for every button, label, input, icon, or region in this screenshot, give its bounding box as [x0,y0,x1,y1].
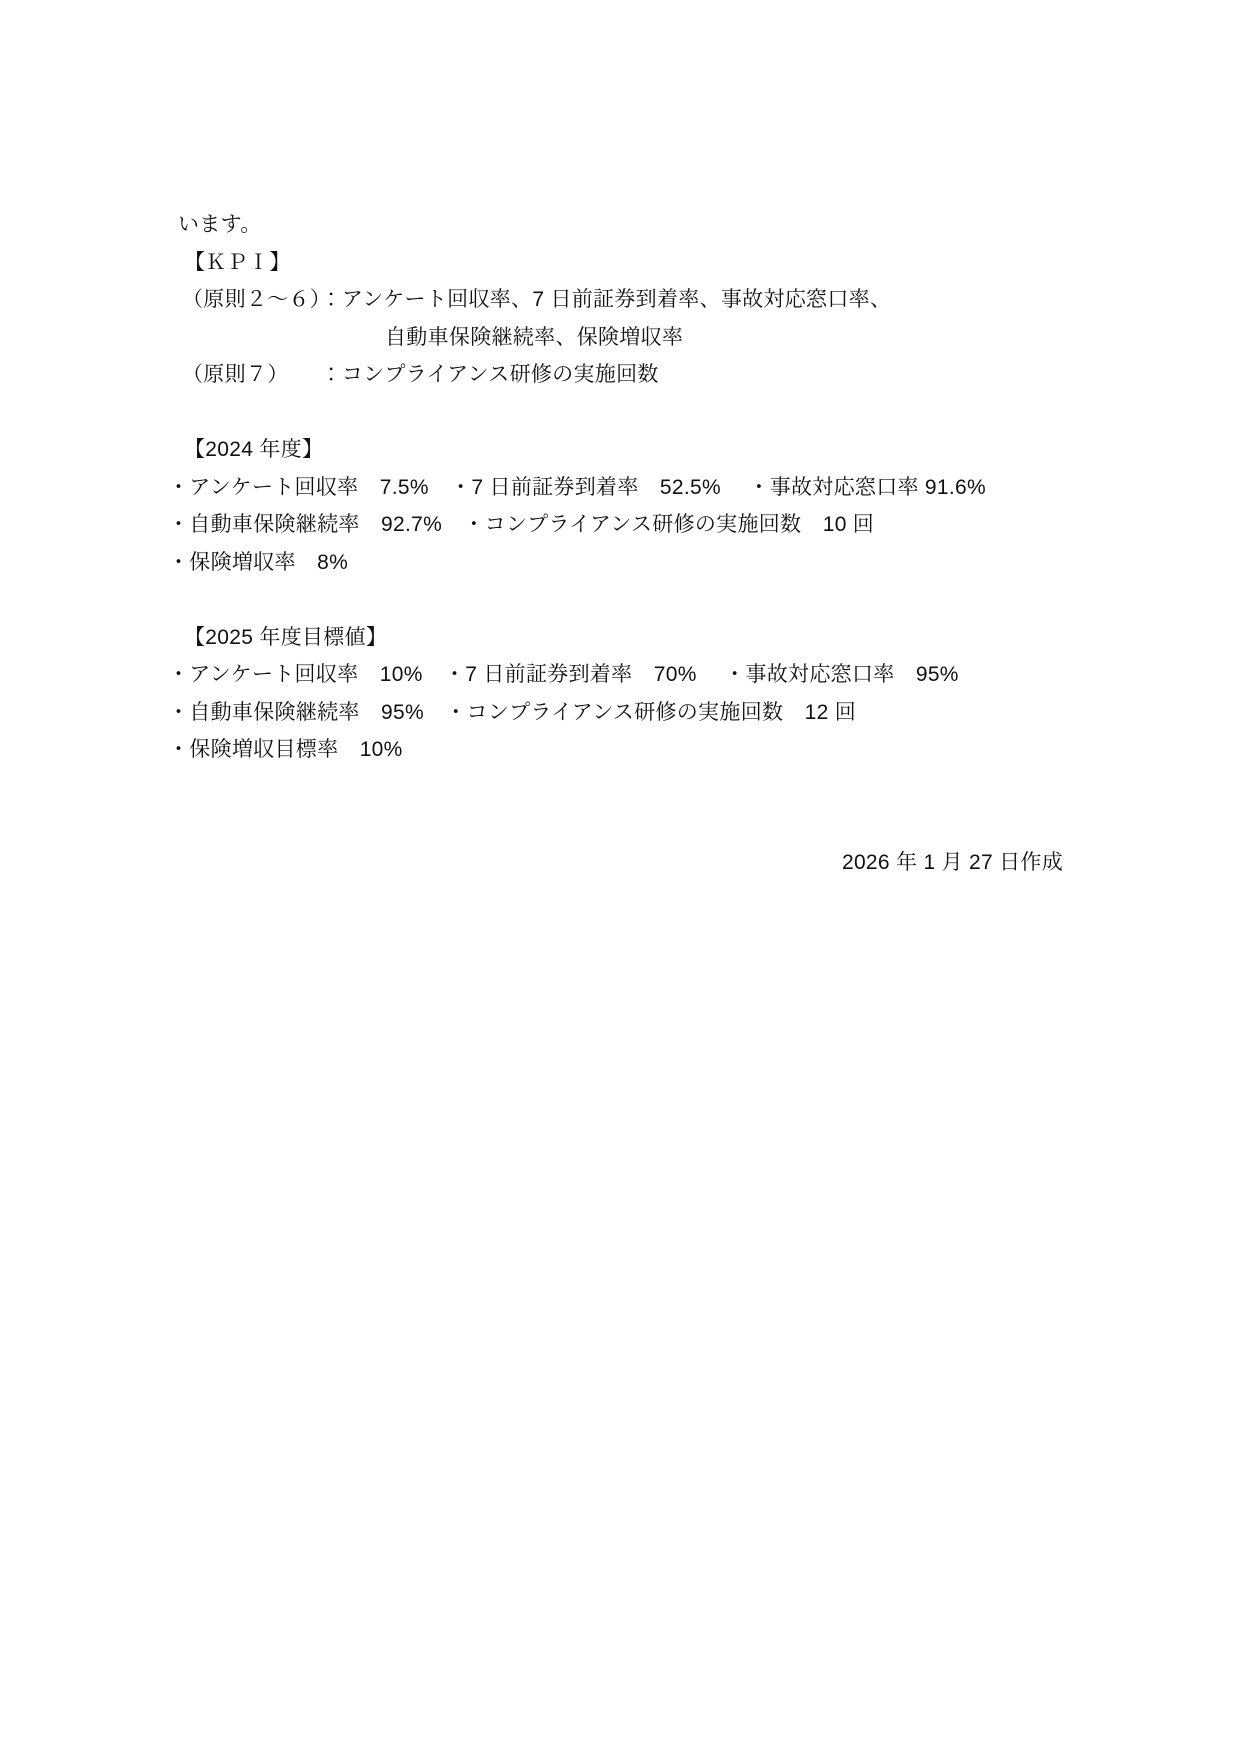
fy2025-metric-line: ・アンケート回収率 10% ・7 日前証券到着率 70% ・事故対応窓口率 95… [168,656,1063,694]
kpi-principle-7: （原則７） ：コンプライアンス研修の実施回数 [182,356,1063,394]
blank-line [168,806,1063,844]
blank-line [168,769,1063,807]
blank-line [168,394,1063,432]
fy2025-metric-line: ・保険増収目標率 10% [168,731,1063,769]
fy2024-metric-line: ・自動車保険継続率 92.7% ・コンプライアンス研修の実施回数 10 回 [168,506,1063,544]
fy2024-metric-line: ・保険増収率 8% [168,544,1063,582]
kpi-principles-2-6-continued: 自動車保険継続率、保険増収率 [385,319,1063,357]
fy2024-metric-line: ・アンケート回収率 7.5% ・7 日前証券到着率 52.5% ・事故対応窓口率… [168,469,1063,507]
fy2025-heading: 【2025 年度目標値】 [184,619,1063,657]
kpi-heading: 【ＫＰＩ】 [184,244,1063,282]
document-page: います。 【ＫＰＩ】 （原則２～６）：アンケート回収率、7 日前証券到着率、事故… [0,0,1240,1755]
kpi-principles-2-6: （原則２～６）：アンケート回収率、7 日前証券到着率、事故対応窓口率、 [182,281,1063,319]
fy2025-metric-line: ・自動車保険継続率 95% ・コンプライアンス研修の実施回数 12 回 [168,694,1063,732]
blank-line [168,581,1063,619]
fy2024-heading: 【2024 年度】 [184,431,1063,469]
document-content: います。 【ＫＰＩ】 （原則２～６）：アンケート回収率、7 日前証券到着率、事故… [168,206,1063,881]
intro-text: います。 [178,206,1063,244]
created-date: 2026 年 1 月 27 日作成 [168,844,1063,882]
